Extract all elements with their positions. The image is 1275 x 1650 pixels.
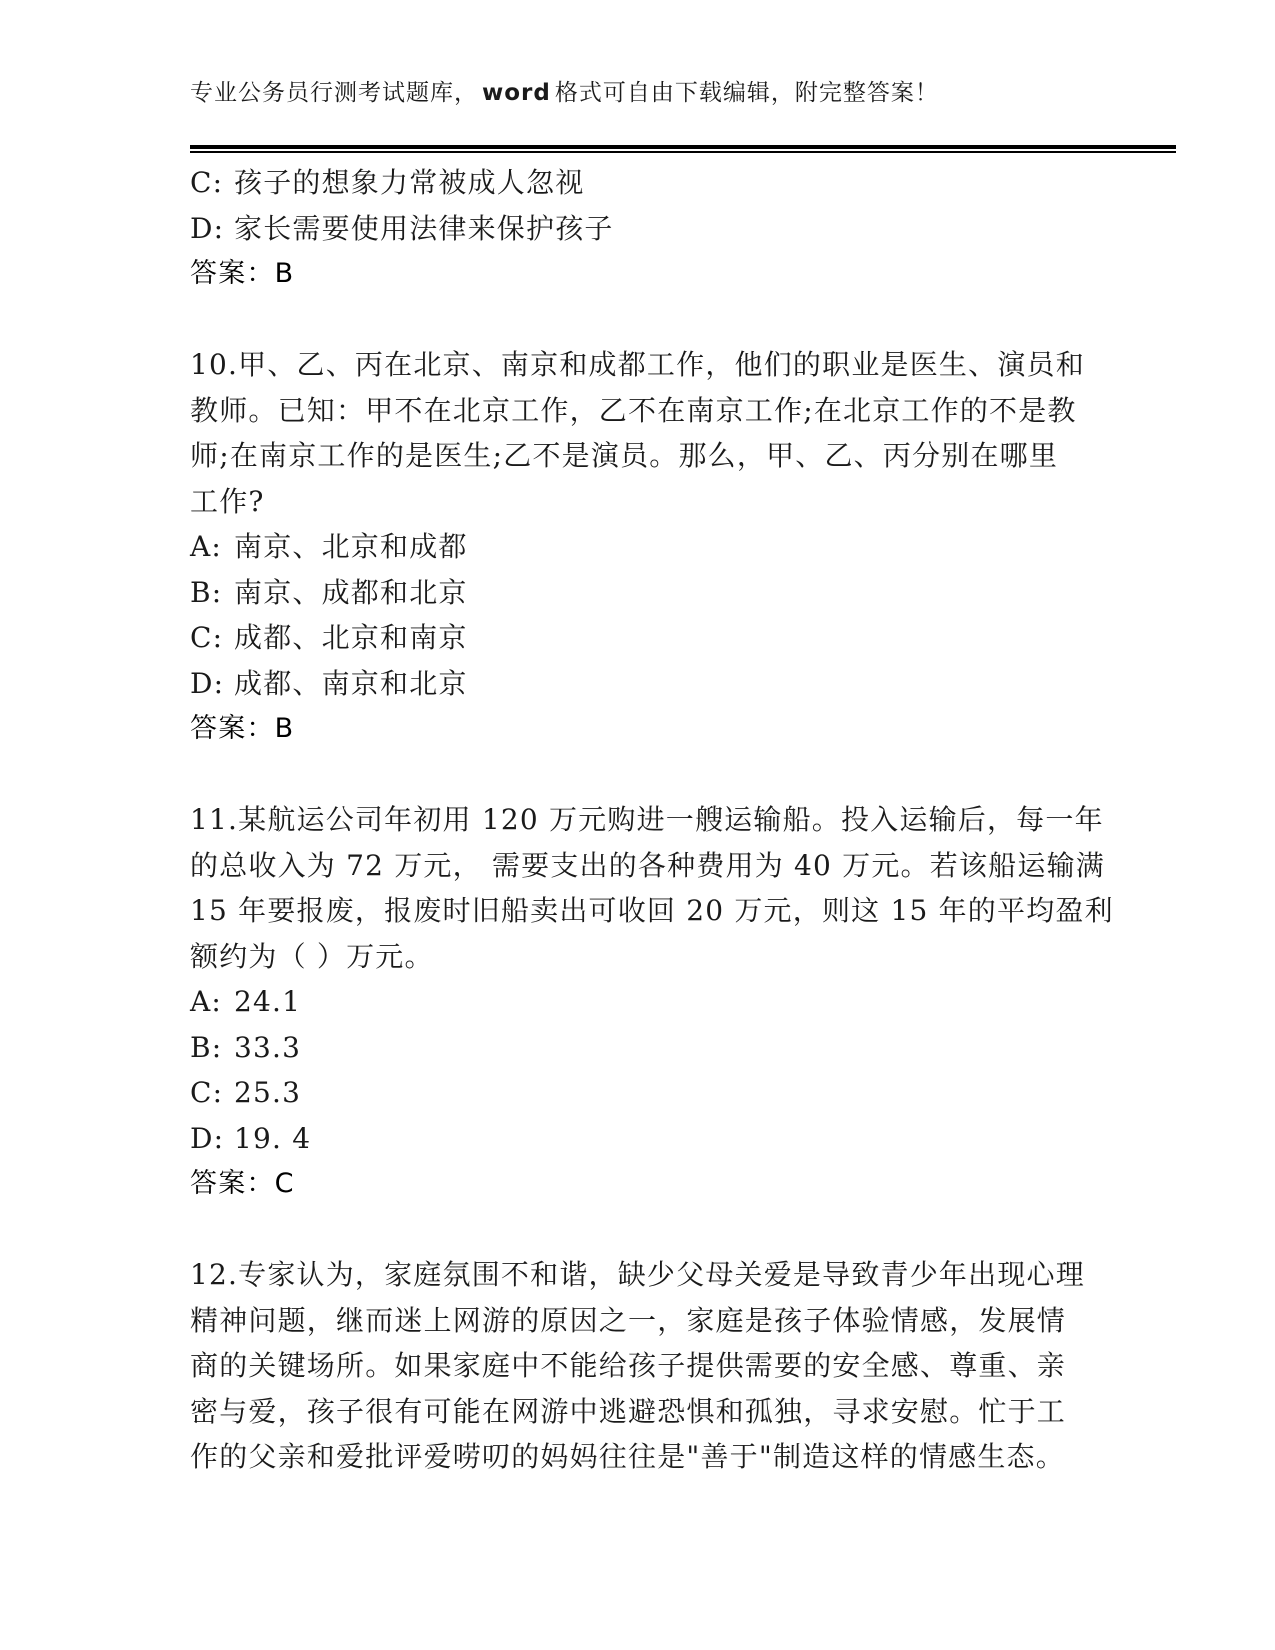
stem-line: 11.某航运公司年初用 120 万元购进一艘运输船。投入运输后，每一年 xyxy=(190,797,1090,843)
header-text-before: 专业公务员行测考试题库， xyxy=(190,80,478,106)
option-c: C:成都、北京和南京 xyxy=(190,615,1090,661)
option-key: B: xyxy=(190,570,234,616)
header-rule-thin xyxy=(190,151,1176,153)
stem-line: 密与爱，孩子很有可能在网游中逃避恐惧和孤独，寻求安慰。忙于工 xyxy=(190,1389,1090,1435)
option-text: 成都、南京和北京 xyxy=(234,667,468,700)
option-key: A: xyxy=(190,979,234,1025)
spacer xyxy=(190,1207,1090,1253)
option-key: D: xyxy=(190,1116,234,1162)
stem-line: 教师。已知：甲不在北京工作，乙不在南京工作;在北京工作的不是教 xyxy=(190,388,1090,434)
option-a: A:24.1 xyxy=(190,979,1090,1025)
header-double-rule xyxy=(190,145,1176,154)
option-b: B:南京、成都和北京 xyxy=(190,570,1090,616)
stem-line: 10.甲、乙、丙在北京、南京和成都工作，他们的职业是医生、演员和 xyxy=(190,342,1090,388)
option-d: D:成都、南京和北京 xyxy=(190,661,1090,707)
stem-line: 作的父亲和爱批评爱唠叨的妈妈往往是"善于"制造这样的情感生态。 xyxy=(190,1434,1090,1480)
header-rule-thick xyxy=(190,145,1176,149)
answer-line: 答案：B xyxy=(190,251,1090,297)
document-body: C:孩子的想象力常被成人忽视 D:家长需要使用法律来保护孩子 答案：B 10.甲… xyxy=(190,160,1090,1480)
option-text: 家长需要使用法律来保护孩子 xyxy=(234,212,614,245)
stem-line: 商的关键场所。如果家庭中不能给孩子提供需要的安全感、尊重、亲 xyxy=(190,1343,1090,1389)
option-d: D:19. 4 xyxy=(190,1116,1090,1162)
option-text: 孩子的想象力常被成人忽视 xyxy=(234,166,584,199)
option-key: D: xyxy=(190,206,234,252)
page-header: 专业公务员行测考试题库，word格式可自由下载编辑，附完整答案！ xyxy=(190,76,939,110)
option-text: 25.3 xyxy=(234,1076,301,1109)
option-a: A:南京、北京和成都 xyxy=(190,524,1090,570)
option-d: D:家长需要使用法律来保护孩子 xyxy=(190,206,1090,252)
option-text: 南京、北京和成都 xyxy=(234,530,468,563)
question-9-continued: C:孩子的想象力常被成人忽视 D:家长需要使用法律来保护孩子 答案：B xyxy=(190,160,1090,297)
stem-line: 工作? xyxy=(190,479,1090,525)
option-text: 33.3 xyxy=(234,1031,301,1064)
option-key: A: xyxy=(190,524,234,570)
question-stem: 12.专家认为，家庭氛围不和谐，缺少父母关爱是导致青少年出现心理 精神问题，继而… xyxy=(190,1252,1090,1480)
option-c: C:25.3 xyxy=(190,1070,1090,1116)
stem-line: 精神问题，继而迷上网游的原因之一，家庭是孩子体验情感，发展情 xyxy=(190,1298,1090,1344)
option-c: C:孩子的想象力常被成人忽视 xyxy=(190,160,1090,206)
question-stem: 11.某航运公司年初用 120 万元购进一艘运输船。投入运输后，每一年 的总收入… xyxy=(190,797,1090,979)
stem-line: 的总收入为 72 万元， 需要支出的各种费用为 40 万元。若该船运输满 xyxy=(190,843,1090,889)
spacer xyxy=(190,297,1090,343)
option-key: B: xyxy=(190,1025,234,1071)
option-key: D: xyxy=(190,661,234,707)
header-word: word xyxy=(482,80,551,106)
stem-line: 额约为（ ）万元。 xyxy=(190,934,1090,980)
stem-line: 15 年要报废，报废时旧船卖出可收回 20 万元，则这 15 年的平均盈利 xyxy=(190,888,1090,934)
option-text: 成都、北京和南京 xyxy=(234,621,468,654)
question-stem: 10.甲、乙、丙在北京、南京和成都工作，他们的职业是医生、演员和 教师。已知：甲… xyxy=(190,342,1090,524)
option-b: B:33.3 xyxy=(190,1025,1090,1071)
stem-line: 12.专家认为，家庭氛围不和谐，缺少父母关爱是导致青少年出现心理 xyxy=(190,1252,1090,1298)
option-key: C: xyxy=(190,160,234,206)
option-key: C: xyxy=(190,1070,234,1116)
option-text: 南京、成都和北京 xyxy=(234,576,468,609)
stem-line: 师;在南京工作的是医生;乙不是演员。那么，甲、乙、丙分别在哪里 xyxy=(190,433,1090,479)
answer-line: 答案：B xyxy=(190,706,1090,752)
question-12: 12.专家认为，家庭氛围不和谐，缺少父母关爱是导致青少年出现心理 精神问题，继而… xyxy=(190,1252,1090,1480)
question-11: 11.某航运公司年初用 120 万元购进一艘运输船。投入运输后，每一年 的总收入… xyxy=(190,797,1090,1207)
option-key: C: xyxy=(190,615,234,661)
option-text: 19. 4 xyxy=(234,1122,311,1155)
answer-line: 答案：C xyxy=(190,1161,1090,1207)
header-text-after: 格式可自由下载编辑，附完整答案！ xyxy=(555,80,939,106)
spacer xyxy=(190,752,1090,798)
option-text: 24.1 xyxy=(234,985,301,1018)
question-10: 10.甲、乙、丙在北京、南京和成都工作，他们的职业是医生、演员和 教师。已知：甲… xyxy=(190,342,1090,752)
